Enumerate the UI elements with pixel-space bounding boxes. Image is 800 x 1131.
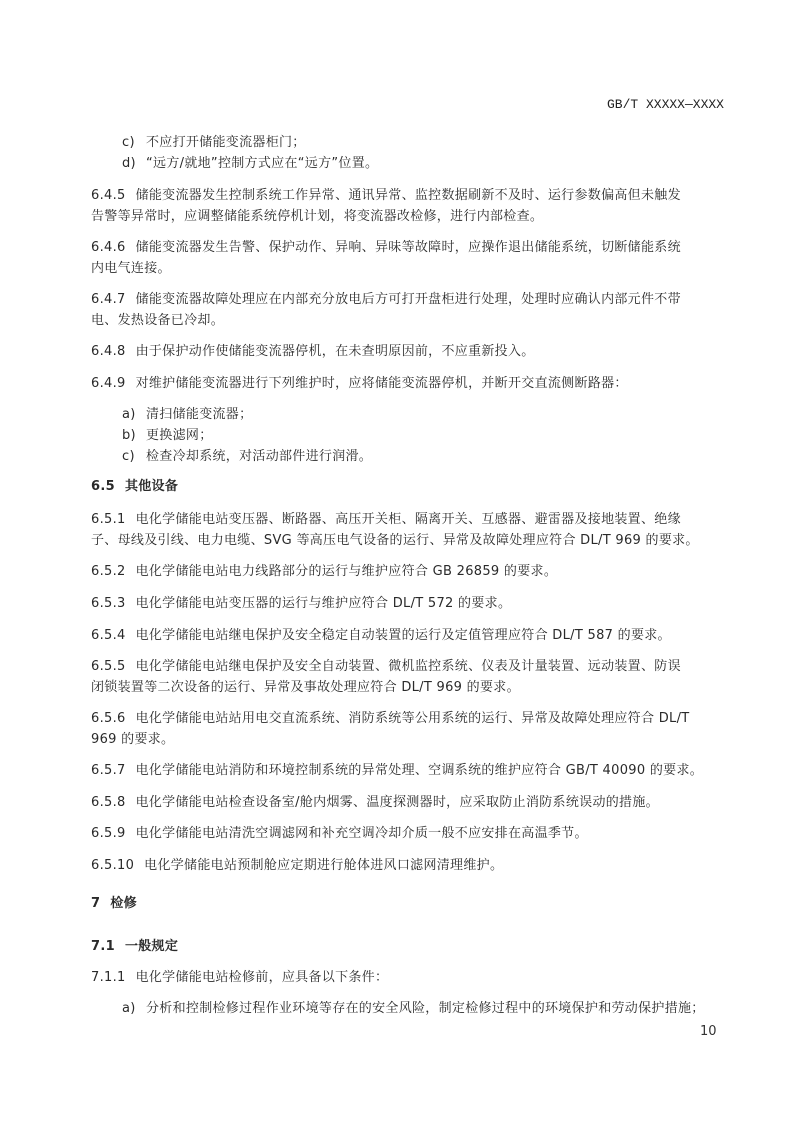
list-item: a)分析和控制检修过程作业环境等存在的安全风险，制定检修过程中的环境保护和劳动保…: [122, 998, 705, 1019]
clause-6-5-5: 6.5.5电化学储能电站继电保护及安全自动装置、微机监控系统、仪表及计量装置、远…: [91, 656, 681, 677]
document-page: GB/T XXXXX—XXXX c)不应打开储能变流器柜门； d)“远方/就地”…: [0, 0, 800, 1131]
clause-6-5-2: 6.5.2电化学储能电站电力线路部分的运行与维护应符合 GB 26859 的要求…: [91, 561, 557, 582]
clause-6-5-1: 6.5.1电化学储能电站变压器、断路器、高压开关柜、隔离开关、互感器、避雷器及接…: [91, 509, 681, 530]
clause-6-4-6-cont: 内电气连接。: [91, 258, 171, 279]
standard-code-header: GB/T XXXXX—XXXX: [607, 97, 724, 112]
list-item: d)“远方/就地”控制方式应在“远方”位置。: [122, 153, 378, 174]
clause-6-5-10: 6.5.10电化学储能电站预制舱应定期进行舱体进风口滤网清理维护。: [91, 855, 503, 876]
clause-6-4-6: 6.4.6储能变流器发生告警、保护动作、异响、异味等故障时，应操作退出储能系统，…: [91, 237, 681, 258]
clause-6-5-1-cont: 子、母线及引线、电力电缆、SVG 等高压电气设备的运行、异常及故障处理应符合 D…: [91, 530, 699, 551]
clause-7-1-1: 7.1.1电化学储能电站检修前，应具备以下条件：: [91, 967, 388, 988]
chapter-heading-7: 7检修: [91, 893, 137, 914]
clause-6-5-6-cont: 969 的要求。: [91, 729, 174, 750]
clause-6-5-9: 6.5.9电化学储能电站清洗空调滤网和补充空调冷却介质一般不应安排在高温季节。: [91, 823, 588, 844]
list-item: c)检查冷却系统，对活动部件进行润滑。: [122, 446, 372, 467]
clause-6-4-5-cont: 告警等异常时，应调整储能系统停机计划，将变流器改检修，进行内部检查。: [91, 206, 543, 227]
clause-6-4-8: 6.4.8由于保护动作使储能变流器停机，在未查明原因前，不应重新投入。: [91, 341, 535, 362]
section-heading-7-1: 7.1一般规定: [91, 936, 178, 957]
clause-6-4-5: 6.4.5储能变流器发生控制系统工作异常、通讯异常、监控数据刷新不及时、运行参数…: [91, 185, 681, 206]
clause-6-5-7: 6.5.7电化学储能电站消防和环境控制系统的异常处理、空调系统的维护应符合 GB…: [91, 760, 703, 781]
clause-6-5-8: 6.5.8电化学储能电站检查设备室/舱内烟雾、温度探测器时，应采取防止消防系统误…: [91, 792, 659, 813]
clause-6-4-7: 6.4.7储能变流器故障处理应在内部充分放电后方可打开盘柜进行处理，处理时应确认…: [91, 289, 681, 310]
section-heading-6-5: 6.5其他设备: [91, 476, 178, 497]
list-item: c)不应打开储能变流器柜门；: [122, 132, 306, 153]
clause-6-4-9: 6.4.9对维护储能变流器进行下列维护时，应将储能变流器停机，并断开交直流侧断路…: [91, 373, 628, 394]
clause-6-5-6: 6.5.6电化学储能电站站用电交直流系统、消防系统等公用系统的运行、异常及故障处…: [91, 708, 689, 729]
clause-6-5-3: 6.5.3电化学储能电站变压器的运行与维护应符合 DL/T 572 的要求。: [91, 593, 511, 614]
page-number: 10: [700, 1024, 717, 1039]
clause-6-4-7-cont: 电、发热设备已冷却。: [91, 310, 224, 331]
clause-6-5-4: 6.5.4电化学储能电站继电保护及安全稳定自动装置的运行及定值管理应符合 DL/…: [91, 625, 671, 646]
list-item: b)更换滤网；: [122, 425, 213, 446]
list-item: a)清扫储能变流器；: [122, 404, 252, 425]
clause-6-5-5-cont: 闭锁装置等二次设备的运行、异常及事故处理应符合 DL/T 969 的要求。: [91, 677, 520, 698]
